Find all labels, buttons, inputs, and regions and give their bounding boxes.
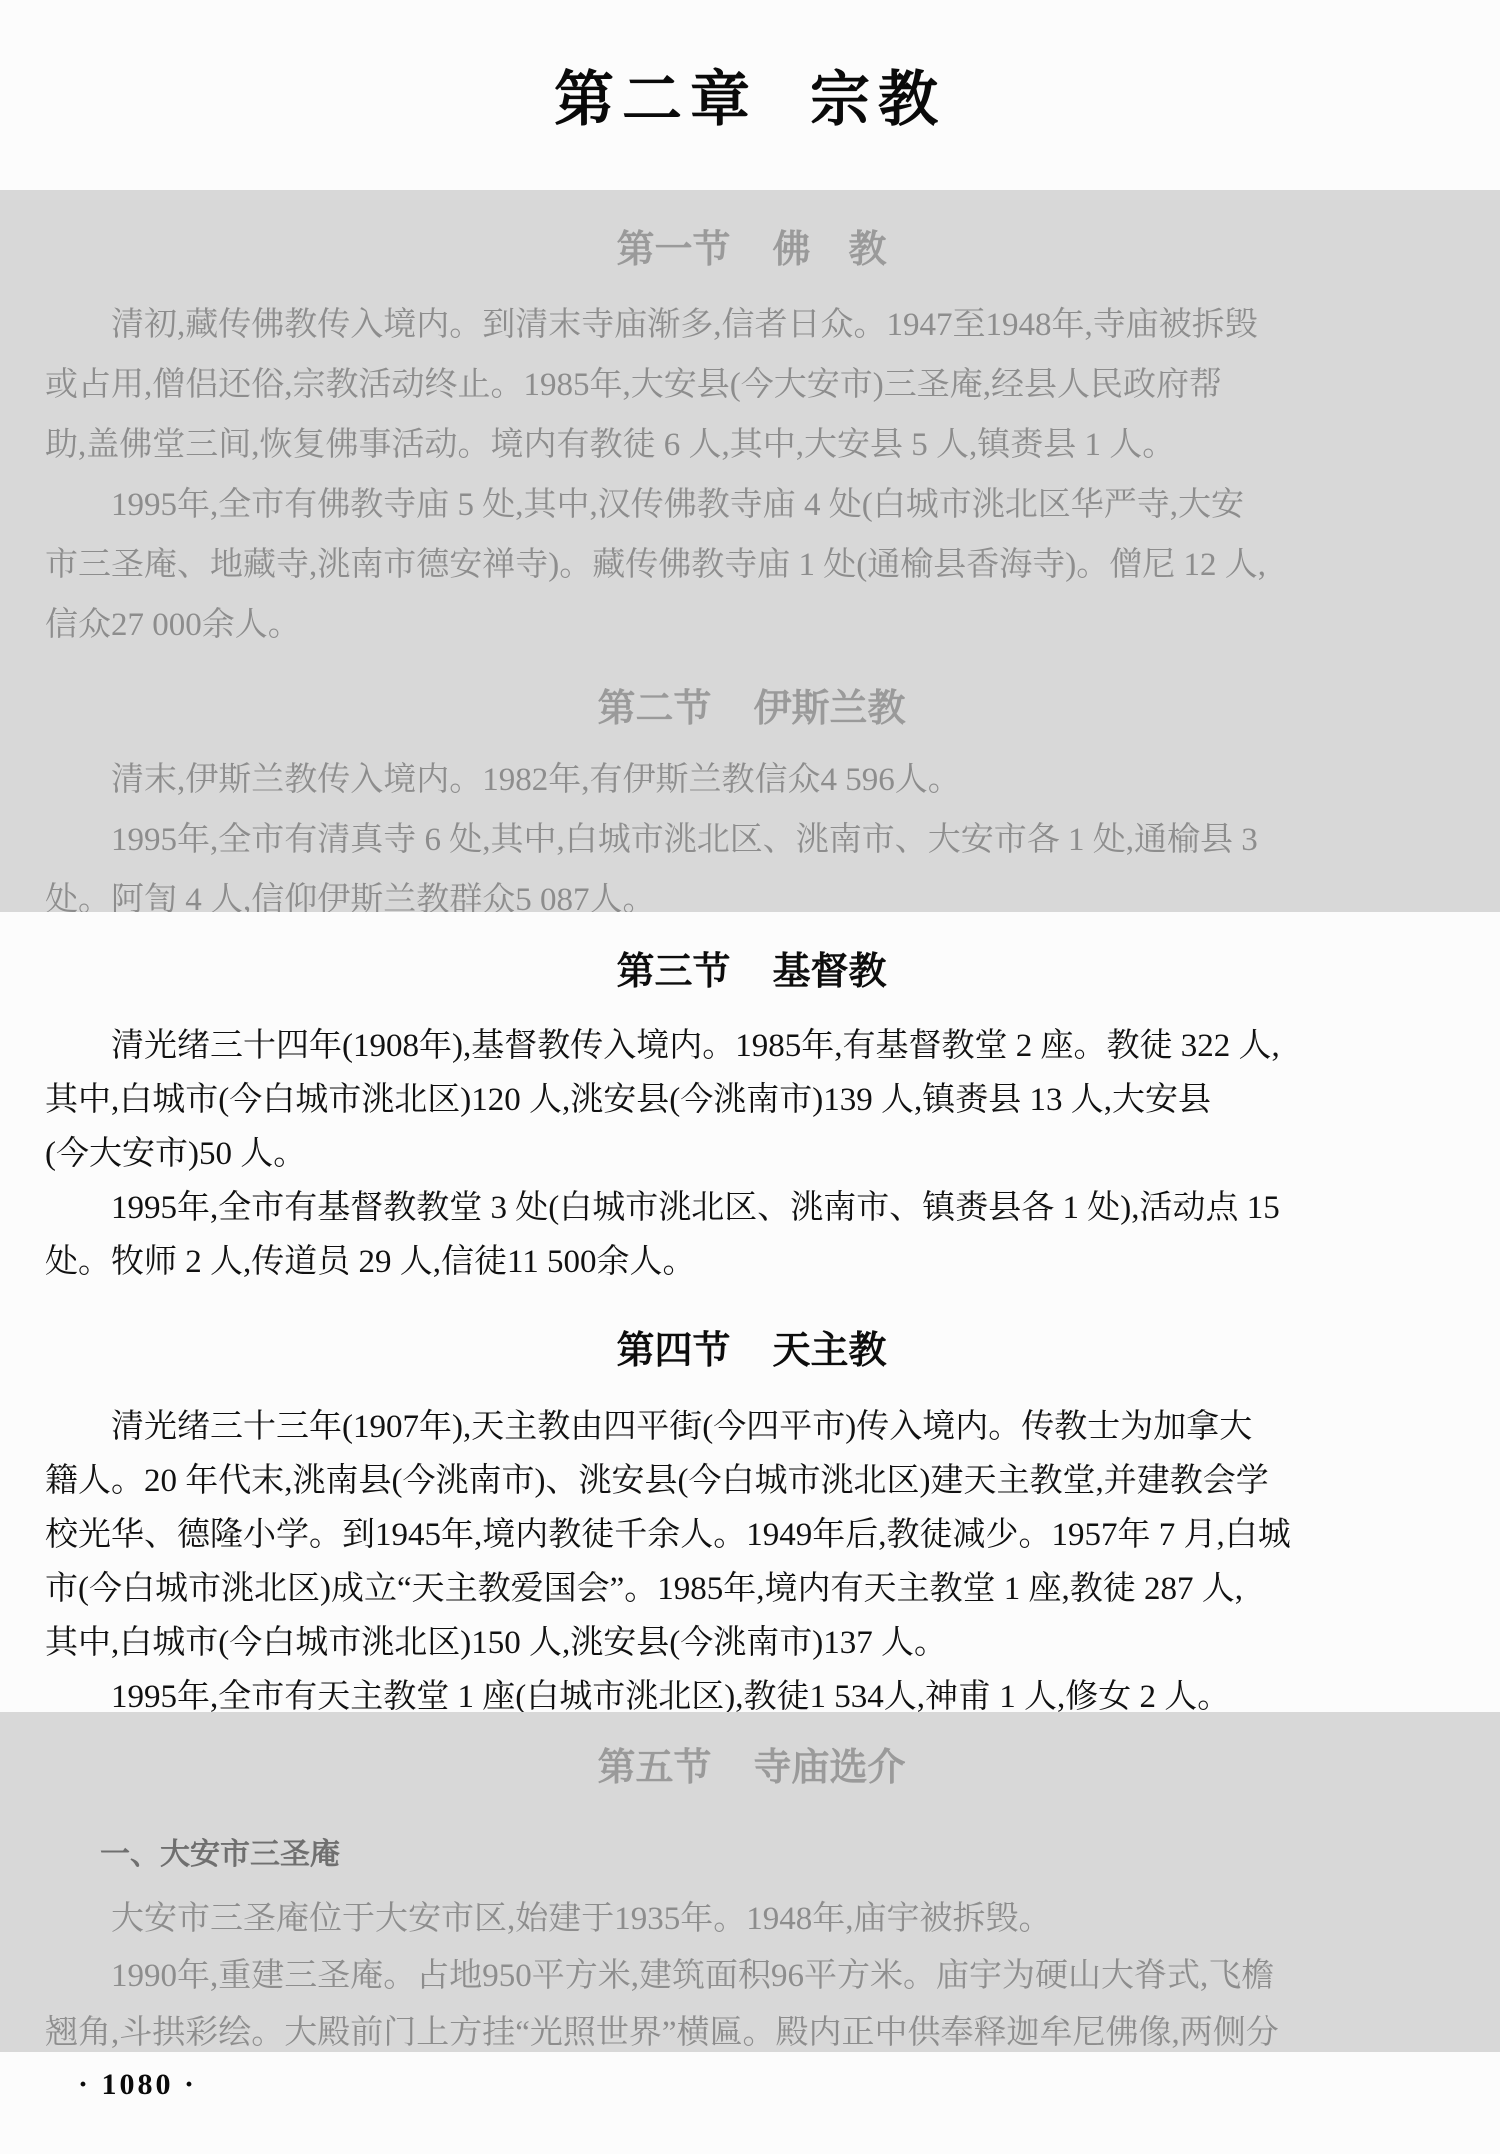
chapter-label: 第二章 [554, 67, 758, 133]
section-2-paragraph-2: 1995年,全市有清真寺 6 处,其中,白城市洮北区、洮南市、大安市各 1 处,… [45, 810, 1458, 912]
section-3-heading: 第三节基督教 [45, 912, 1458, 995]
section-2-paragraph-1: 清末,伊斯兰教传入境内。1982年,有伊斯兰教信众4 596人。 [45, 750, 1458, 810]
section-1-paragraph-2: 1995年,全市有佛教寺庙 5 处,其中,汉传佛教寺庙 4 处(白城市洮北区华严… [45, 475, 1458, 655]
section-4-label: 第四节 [616, 1330, 730, 1372]
section-5-label: 第五节 [597, 1747, 711, 1789]
shaded-scan-region-bottom: 第五节寺庙选介 一、大安市三圣庵 大安市三圣庵位于大安市区,始建于1935年。1… [0, 1712, 1500, 2052]
section-4-heading: 第四节天主教 [45, 1319, 1458, 1374]
section-5-paragraph-2: 1990年,重建三圣庵。占地950平方米,建筑面积96平方米。庙宇为硬山大脊式,… [45, 1948, 1458, 2052]
section-1-title: 佛 教 [773, 229, 887, 271]
section-5-paragraph-1: 大安市三圣庵位于大安市区,始建于1935年。1948年,庙宇被拆毁。 [45, 1891, 1458, 1948]
section-1-paragraph-1: 清初,藏传佛教传入境内。到清末寺庙渐多,信者日众。1947至1948年,寺庙被拆… [45, 295, 1458, 475]
shaded-scan-region-top: 第一节佛 教 清初,藏传佛教传入境内。到清末寺庙渐多,信者日众。1947至194… [0, 190, 1500, 912]
section-4-paragraph-2: 1995年,全市有天主教堂 1 座(白城市洮北区),教徒1 534人,神甫 1 … [45, 1670, 1458, 1712]
section-5-title: 寺庙选介 [754, 1747, 906, 1789]
chapter-title: 第二章宗教 [554, 52, 946, 138]
section-3-paragraph-1: 清光绪三十四年(1908年),基督教传入境内。1985年,有基督教堂 2 座。教… [45, 1019, 1458, 1181]
section-4-paragraph-1: 清光绪三十三年(1907年),天主教由四平街(今四平市)传入境内。传教士为加拿大… [45, 1400, 1458, 1670]
section-2-label: 第二节 [597, 688, 711, 730]
section-1-label: 第一节 [616, 229, 730, 271]
page-number: · 1080 · [0, 2052, 1500, 2154]
section-3-title: 基督教 [773, 951, 887, 993]
chapter-header: 第二章宗教 [0, 0, 1500, 190]
section-2-heading: 第二节伊斯兰教 [45, 677, 1458, 732]
section-2-title: 伊斯兰教 [754, 688, 906, 730]
section-4-title: 天主教 [773, 1330, 887, 1372]
section-3-label: 第三节 [616, 951, 730, 993]
clear-print-region: 第三节基督教 清光绪三十四年(1908年),基督教传入境内。1985年,有基督教… [0, 912, 1500, 1712]
section-5-heading: 第五节寺庙选介 [45, 1736, 1458, 1791]
section-5-subheading: 一、大安市三圣庵 [45, 1829, 1458, 1873]
section-3-paragraph-2: 1995年,全市有基督教教堂 3 处(白城市洮北区、洮南市、镇赉县各 1 处),… [45, 1181, 1458, 1289]
section-1-heading: 第一节佛 教 [45, 218, 1458, 273]
chapter-name: 宗教 [810, 67, 946, 133]
